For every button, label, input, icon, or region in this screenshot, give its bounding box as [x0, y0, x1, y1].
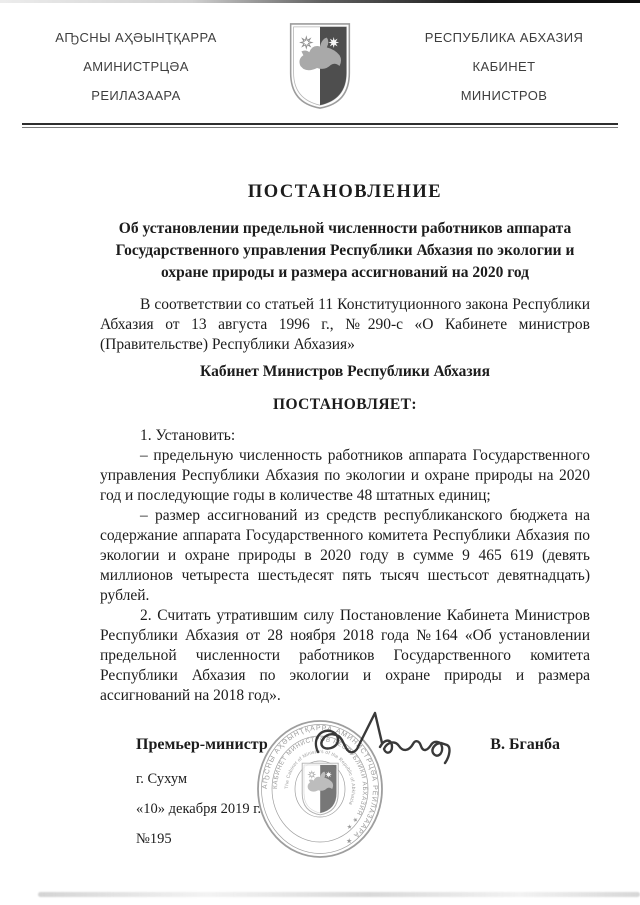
header-left-line: АҦСНЫ АҲӘЫНҬҚАРРА: [30, 30, 242, 45]
header-left-text: АҦСНЫ АҲӘЫНҬҚАРРА АМИНИСТРЦӘА РЕИЛАЗААРА: [30, 26, 242, 117]
header-right-line: МИНИСТРОВ: [398, 88, 610, 103]
signature-section: АҦСНЫ АҲӘЫНҬҚАРРА АМИНИСТРЦӘА РЕИЛАЗААРА…: [0, 720, 640, 890]
document-body: ПОСТАНОВЛЕНИЕ Об установлении предельной…: [0, 182, 640, 706]
scan-edge-top: [0, 0, 640, 3]
paragraph-1: 1. Установить:: [100, 426, 590, 446]
doc-title: ПОСТАНОВЛЕНИЕ: [100, 182, 590, 203]
header-left-line: РЕИЛАЗААРА: [30, 88, 242, 103]
doc-subject: Об установлении предельной численности р…: [100, 218, 590, 284]
header-right-line: РЕСПУБЛИКА АБХАЗИЯ: [398, 30, 610, 45]
place-line: г. Сухум: [136, 771, 590, 788]
coat-of-arms-icon: [288, 22, 352, 110]
header-left-line: АМИНИСТРЦӘА: [30, 59, 242, 74]
signature-row: Премьер-министр В. Бганба: [136, 720, 560, 754]
header-rule: [22, 123, 618, 128]
date-line: «10» декабря 2019 г.: [136, 801, 590, 818]
header-right-line: КАБИНЕТ: [398, 59, 610, 74]
scan-smudge-bottom: [38, 892, 640, 897]
preamble-paragraph: В соответствии со статьей 11 Конституцио…: [100, 295, 590, 355]
number-line: №195: [136, 831, 590, 848]
signature-details: г. Сухум «10» декабря 2019 г. №195: [136, 771, 590, 848]
signature-post: Премьер-министр: [136, 736, 268, 754]
subject-line: Государственного управления Республики А…: [100, 240, 590, 262]
signature-name: В. Бганба: [490, 736, 560, 754]
paragraph-3: – размер ассигнований из средств республ…: [100, 506, 590, 606]
resolves-line: ПОСТАНОВЛЯЕТ:: [100, 396, 590, 414]
paragraph-2: – предельную численность работников аппа…: [100, 446, 590, 506]
letterhead: АҦСНЫ АҲӘЫНҬҚАРРА АМИНИСТРЦӘА РЕИЛАЗААРА: [0, 0, 640, 117]
subject-line: Об установлении предельной численности р…: [100, 218, 590, 240]
header-right-text: РЕСПУБЛИКА АБХАЗИЯ КАБИНЕТ МИНИСТРОВ: [398, 26, 610, 117]
authority-line: Кабинет Министров Республики Абхазия: [100, 363, 590, 381]
paragraph-4: 2. Считать утратившим силу Постановление…: [100, 606, 590, 706]
subject-line: охране природы и размера ассигнований на…: [100, 262, 590, 284]
resolution-items: 1. Установить: – предельную численность …: [100, 426, 590, 706]
scanned-decree-page: АҦСНЫ АҲӘЫНҬҚАРРА АМИНИСТРЦӘА РЕИЛАЗААРА: [0, 0, 640, 905]
